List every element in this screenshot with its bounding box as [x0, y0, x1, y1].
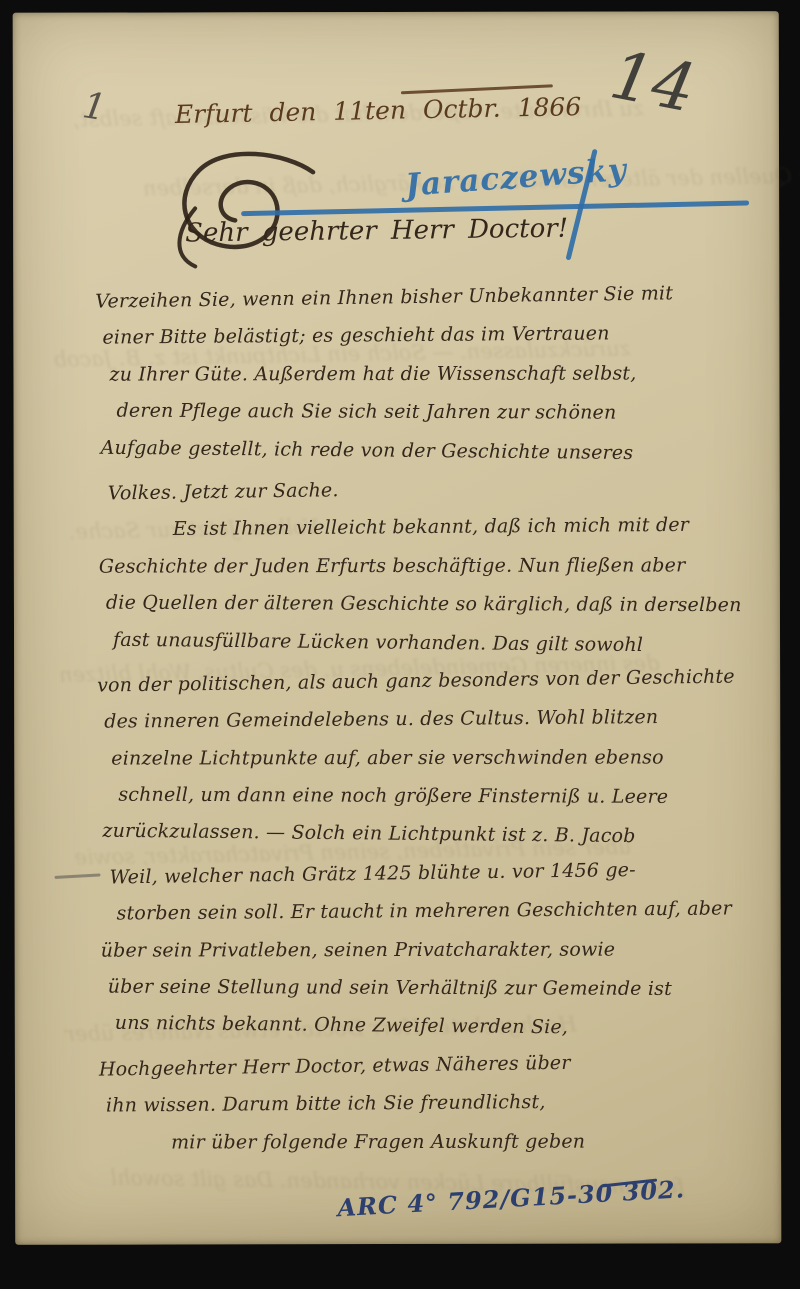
handwritten-line: einzelne Lichtpunkte auf, aber sie versc…: [111, 738, 744, 778]
dateline: Erfurt den 11ten Octbr. 1866: [175, 92, 582, 129]
handwritten-line: über sein Privatleben, seinen Privatchar…: [101, 930, 745, 970]
letter-body: Verzeihen Sie, wenn ein Ihnen bisher Unb…: [95, 277, 745, 1161]
handwritten-line: Geschichte der Juden Erfurts beschäftige…: [99, 546, 744, 586]
handwritten-line: mir über folgende Fragen Auskunft geben: [113, 1122, 745, 1162]
handwritten-line: über seine Stellung und sein Verhältniß …: [108, 968, 745, 1009]
handwritten-line: storben sein soll. Er taucht in mehreren…: [116, 890, 744, 934]
handwritten-line: des inneren Gemeindelebens u. des Cultus…: [104, 698, 744, 742]
handwritten-line: schnell, um dann eine noch größere Finst…: [118, 776, 744, 817]
handwritten-line: zu Ihrer Güte. Außerdem hat die Wissensc…: [109, 354, 743, 394]
handwritten-line: deren Pflege auch Sie sich seit Jahren z…: [116, 392, 743, 433]
handwritten-line: ihn wissen. Darum bitte ich Sie freundli…: [106, 1082, 745, 1126]
margin-pencil-mark: [54, 873, 100, 878]
bleedthrough-ghost-writing: zu Ihrer Güte. Außerdem hat die Wissensc…: [13, 11, 779, 13]
handwritten-line: die Quellen der älteren Geschichte so kä…: [106, 584, 744, 625]
letter-page: zu Ihrer Güte. Außerdem hat die Wissensc…: [13, 11, 782, 1245]
folio-number-pencil: 14: [604, 36, 701, 127]
handwritten-line: einer Bitte belästigt; es geschieht das …: [102, 314, 743, 358]
handwritten-line: Es ist Ihnen vielleicht bekannt, daß ich…: [115, 506, 744, 550]
salutation: Sehr geehrter Herr Doctor!: [185, 214, 568, 249]
